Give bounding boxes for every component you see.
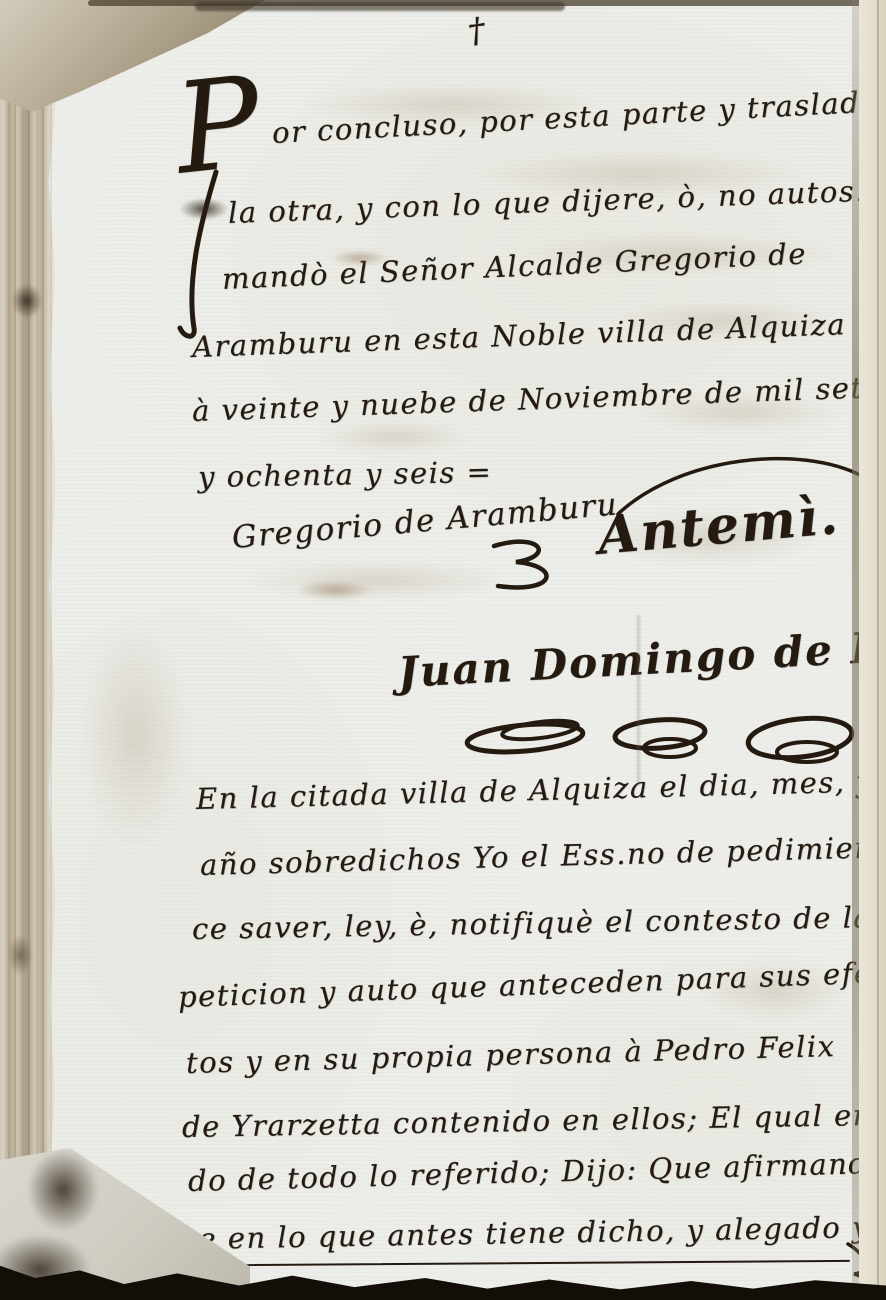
manuscript-line: y ochenta y seis = xyxy=(198,455,493,494)
page-edge-inner-line xyxy=(877,0,879,1300)
manuscript-line: do de todo lo referido; Dijo: Que afirma… xyxy=(188,1145,886,1198)
binding-edge-streaks xyxy=(0,0,52,1300)
edge-dark-spot xyxy=(12,284,42,318)
bleedthrough-mark xyxy=(80,620,190,850)
underlying-page-edge xyxy=(859,0,886,1300)
paper-crease xyxy=(637,615,640,785)
manuscript-page: † P or concluso, por esta parte y trasla… xyxy=(0,0,886,1300)
rubric-paraph xyxy=(482,528,577,603)
bleedthrough-mark xyxy=(320,420,470,454)
page-edge-line xyxy=(852,0,859,1300)
bottom-dark-blot xyxy=(28,1150,98,1230)
bleedthrough-mark xyxy=(250,560,510,600)
invocation-cross: † xyxy=(465,10,489,52)
ink-blot xyxy=(180,198,228,220)
manuscript-line: ce saver, ley, è, notifiquè el contesto … xyxy=(192,900,873,946)
manuscript-line: mandò el Señor Alcalde Gregorio de xyxy=(221,236,807,295)
ink-smudge xyxy=(296,580,374,600)
manuscript-line: tos y en su propia persona à Pedro Felix xyxy=(186,1029,836,1080)
ink-smudge xyxy=(330,250,390,266)
manuscript-line: año sobredichos Yo el Ess.no de pedimien… xyxy=(200,828,886,882)
signature-juan-domingo-elola: Juan Domingo de Elola xyxy=(397,618,886,697)
closing-underline xyxy=(238,1260,850,1266)
manuscript-line: se en lo que antes tiene dicho, y alegad… xyxy=(182,1210,870,1256)
manuscript-line: de Yrarzetta contenido en ellos; El qual… xyxy=(182,1097,886,1144)
edge-dark-spot xyxy=(8,935,32,975)
top-edge-smudge xyxy=(195,2,565,11)
manuscript-line: Aramburu en esta Noble villa de Alquiza xyxy=(191,307,846,364)
